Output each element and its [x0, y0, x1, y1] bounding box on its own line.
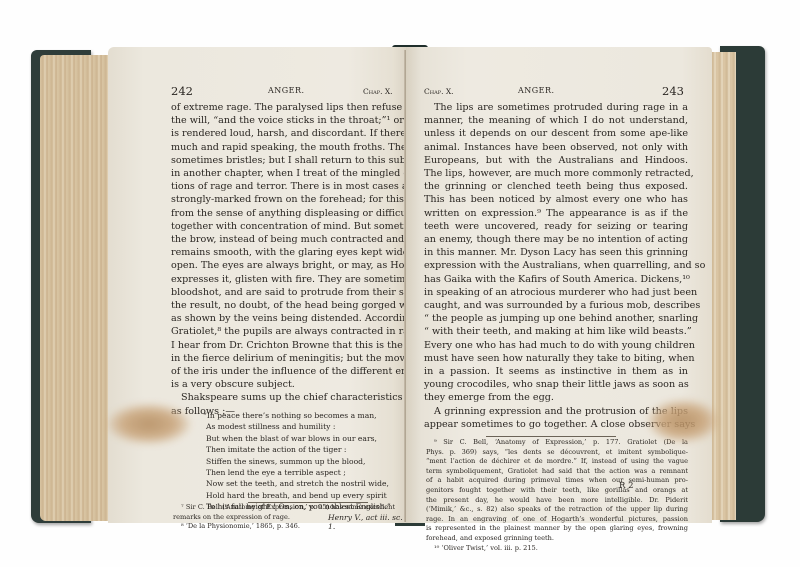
left-page-block-edge	[40, 55, 112, 521]
text-line: in a passion. It seems as instinctive in…	[424, 365, 688, 378]
text-line: in another chapter, when I treat of the …	[171, 167, 397, 180]
right-page: Chap. X. ANGER. 243 The lips are sometim…	[406, 47, 712, 523]
text-line: as shown by the veins being distended. A…	[171, 312, 397, 325]
text-line: This has been noticed by almost every on…	[424, 193, 688, 206]
text-line: strongly-marked frown on the forehead; f…	[171, 193, 397, 206]
text-line: “ with their teeth, and making at him li…	[424, 325, 688, 338]
shakespeare-quote: “In peace there’s nothing so becomes a m…	[203, 410, 391, 513]
text-line: Every one who has had much to do with yo…	[424, 339, 688, 352]
text-line: open. The eyes are always bright, or may…	[171, 259, 397, 272]
text-line: tions of rage and terror. There is in mo…	[171, 180, 397, 193]
footnote-line: (‘Mimik,’ &c., s. 82) also speaks of the…	[426, 505, 688, 515]
text-line: I hear from Dr. Crichton Browne that thi…	[171, 339, 397, 352]
running-title: ANGER.	[268, 86, 305, 95]
right-page-block-edge	[710, 52, 736, 520]
footnote-line: Phys. p. 369) says, “les dents se découv…	[426, 448, 688, 458]
text-line: Europeans, but with the Australians and …	[424, 154, 688, 167]
page-number: 243	[662, 84, 684, 98]
footnote-line: is represented in the plainest manner by…	[426, 524, 688, 534]
text-line: caught, and was surrounded by a furious …	[424, 299, 688, 312]
footnote-line: “ment l’action de déchirer et de mordre.…	[426, 457, 688, 467]
footnote-line: of a habit acquired during primeval time…	[426, 476, 688, 486]
text-line: in speaking of an atrocious murderer who…	[424, 286, 688, 299]
text-line: must have seen how naturally they take t…	[424, 352, 688, 365]
footnote-line: ⁹ Sir C. Bell, ‘Anatomy of Expression,’ …	[426, 438, 688, 448]
text-line: has Gaika with the Kafirs of South Ameri…	[424, 273, 688, 286]
footnote-line: rage. In an engraving of one of Hogarth’…	[426, 515, 688, 525]
text-line: an enemy, though there may be no intenti…	[424, 233, 688, 246]
text-line: Gratiolet,⁸ the pupils are always contra…	[171, 325, 397, 338]
text-line: is a very obscure subject.	[171, 378, 397, 391]
quote-line: Hold hard the breath, and bend up every …	[203, 490, 391, 501]
footnote-line: ⁸ ‘De la Physionomie,’ 1865, p. 346.	[173, 522, 395, 532]
open-book-photo: 242 ANGER. Chap. X. of extreme rage. The…	[0, 0, 800, 567]
text-line: in the fierce delirium of meningitis; bu…	[171, 352, 397, 365]
quote-line: Then imitate the action of the tiger :	[203, 444, 391, 455]
text-line: in this manner. Mr. Dyson Lacy has seen …	[424, 246, 688, 259]
text-line: together with concentration of mind. But…	[171, 220, 397, 233]
footnotes: ⁷ Sir C. Bell (‘Anatomy of Expression,’ …	[173, 503, 395, 532]
text-line: manner, the meaning of which I do not un…	[424, 114, 688, 127]
footnote-line: ¹⁰ ‘Oliver Twist,’ vol. iii. p. 215.	[426, 544, 688, 554]
text-line: bloodshot, and are said to protrude from…	[171, 286, 397, 299]
text-line: animal. Instances have been observed, no…	[424, 141, 688, 154]
body-text: The lips are sometimes protruded during …	[424, 101, 688, 431]
text-line: the grinning or clenched teeth being thu…	[424, 180, 688, 193]
text-line: unless it depends on our descent from so…	[424, 127, 688, 140]
footnote-line: ⁷ Sir C. Bell (‘Anatomy of Expression,’ …	[173, 503, 395, 513]
text-line: expression with the Australians, when qu…	[424, 259, 688, 272]
body-text: of extreme rage. The paralysed lips then…	[171, 101, 397, 418]
quote-line: Stiffen the sinews, summon up the blood,	[203, 456, 391, 467]
footnote-line: the present day, he would have been more…	[426, 496, 688, 506]
quote-line: Now set the teeth, and stretch the nostr…	[203, 478, 391, 489]
footnote-line: remarks on the expression of rage.	[173, 513, 395, 523]
quote-line: As modest stillness and humility :	[203, 421, 391, 432]
page-number: 242	[171, 84, 193, 98]
text-line: remains smooth, with the glaring eyes ke…	[171, 246, 397, 259]
quote-line: Then lend the eye a terrible aspect ;	[203, 467, 391, 478]
left-page: 242 ANGER. Chap. X. of extreme rage. The…	[108, 47, 408, 523]
text-line: teeth were uncovered, ready for seizing …	[424, 220, 688, 233]
quote-line: “In peace there’s nothing so becomes a m…	[203, 410, 391, 421]
text-line: they emerge from the egg.	[424, 391, 688, 404]
footnote-line: term symboliquement, Gratiolet had said …	[426, 467, 688, 477]
text-line: the will, “and the voice sticks in the t…	[171, 114, 397, 127]
text-line: written on expression.⁹ The appearance i…	[424, 207, 688, 220]
footnotes: ⁹ Sir C. Bell, ‘Anatomy of Expression,’ …	[426, 438, 688, 553]
text-line: The lips are sometimes protruded during …	[424, 101, 688, 114]
text-line: is rendered loud, harsh, and discordant.…	[171, 127, 397, 140]
text-line: Shakspeare sums up the chief characteris…	[171, 391, 397, 404]
text-line: sometimes bristles; but I shall return t…	[171, 154, 397, 167]
chapter-label: Chap. X.	[424, 87, 454, 96]
text-line: the brow, instead of being much contract…	[171, 233, 397, 246]
text-line: from the sense of anything displeasing o…	[171, 207, 397, 220]
text-line: of the iris under the influence of the d…	[171, 365, 397, 378]
signature-mark: R 2	[619, 481, 634, 491]
text-line: The lips, however, are much more commonl…	[424, 167, 688, 180]
footnote-rule	[486, 436, 616, 437]
foxing-stain-left	[108, 404, 190, 444]
text-line: the result, no doubt, of the head being …	[171, 299, 397, 312]
foxing-stain-right	[648, 400, 718, 442]
footnote-line: genitors fought together with their teet…	[426, 486, 688, 496]
quote-line: But when the blast of war blows in our e…	[203, 433, 391, 444]
running-title: ANGER.	[518, 86, 555, 95]
text-line: expresses it, glisten with fire. They ar…	[171, 273, 397, 286]
text-line: of extreme rage. The paralysed lips then…	[171, 101, 397, 114]
chapter-label: Chap. X.	[363, 87, 393, 96]
text-line: “ the people as jumping up one behind an…	[424, 312, 688, 325]
text-line: much and rapid speaking, the mouth froth…	[171, 141, 397, 154]
text-line: young crocodiles, who snap their little …	[424, 378, 688, 391]
footnote-line: forehead, and exposed grinning teeth.	[426, 534, 688, 544]
